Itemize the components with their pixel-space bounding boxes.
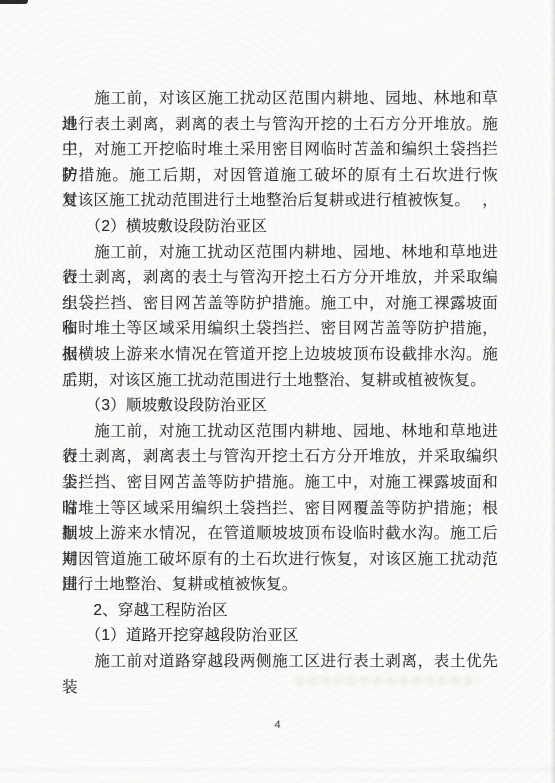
bleed-through-smudge (295, 676, 480, 685)
body-line: 据横坡上游来水情况在管道开挖上边坡坡顶布设截排水沟。施工 (62, 342, 498, 368)
scan-edge-shadow (550, 0, 555, 783)
subsection-heading-3: （3）顺坡敷设段防治亚区 (62, 393, 498, 419)
body-line: 进行土地整治、复耕或植被恢复。 (62, 572, 498, 598)
document-text-block: 施工前，对该区施工扰动区范围内耕地、园地、林地和草地 进行表土剥离，剥离的表土与… (62, 86, 498, 675)
body-line: 表土剥离，剥离表土与管沟开挖土石方分开堆放，并采取编织土 (62, 444, 498, 470)
body-line: 对因管道施工破坏原有的土石坎进行恢复，对该区施工扰动范围 (62, 547, 498, 573)
body-line: 临时堆土等区域采用编织土袋挡拦、密目网苫盖等防护措施，根 (62, 316, 498, 342)
body-line: 护措施。施工后期，对因管道施工破坏的原有土石坎进行恢复， (62, 163, 498, 189)
scan-corner-artifact (0, 0, 28, 4)
body-line: 顺坡上游来水情况，在管道顺坡坡顶布设临时截水沟。施工后期， (62, 521, 498, 547)
document-page: 施工前，对该区施工扰动区范围内耕地、园地、林地和草地 进行表土剥离，剥离的表土与… (0, 0, 555, 783)
page-number: 4 (274, 719, 280, 731)
body-line: 施工前，对施工扰动区范围内耕地、园地、林地和草地进行 (62, 240, 498, 266)
body-line: 土袋拦挡、密目网苫盖等防护措施。施工中，对施工裸露坡面和 (62, 291, 498, 317)
body-line: 施工前，对该区施工扰动区范围内耕地、园地、林地和草地 (62, 86, 498, 112)
body-line: 时堆土等区域采用编织土袋挡拦、密目网覆盖等防护措施；根据 (62, 496, 498, 522)
body-line: 对该区施工扰动范围进行土地整治后复耕或进行植被恢复。 (62, 188, 498, 214)
body-line: 表土剥离，剥离的表土与管沟开挖土石方分开堆放，并采取编织 (62, 265, 498, 291)
body-line: 中，对施工开挖临时堆土采用密目网临时苫盖和编织土袋挡拦防 (62, 137, 498, 163)
body-line: 进行表土剥离，剥离的表土与管沟开挖的土石方分开堆放。施工 (62, 112, 498, 138)
scan-bottom-smudge (0, 768, 555, 774)
subsection-heading-2: （2）横坡敷设段防治亚区 (62, 214, 498, 240)
body-line: 后期，对该区施工扰动范围进行土地整治、复耕或植被恢复。 (62, 368, 498, 394)
section-heading-2: 2、穿越工程防治区 (62, 598, 498, 624)
body-line: 施工前对道路穿越段两侧施工区进行表土剥离，表土优先装 (62, 649, 498, 675)
body-line: 施工前，对施工扰动区范围内耕地、园地、林地和草地进行 (62, 419, 498, 445)
subsection-heading-1: （1）道路开挖穿越段防治亚区 (62, 623, 498, 649)
body-line: 袋拦挡、密目网苫盖等防护措施。施工中，对施工裸露坡面和临 (62, 470, 498, 496)
